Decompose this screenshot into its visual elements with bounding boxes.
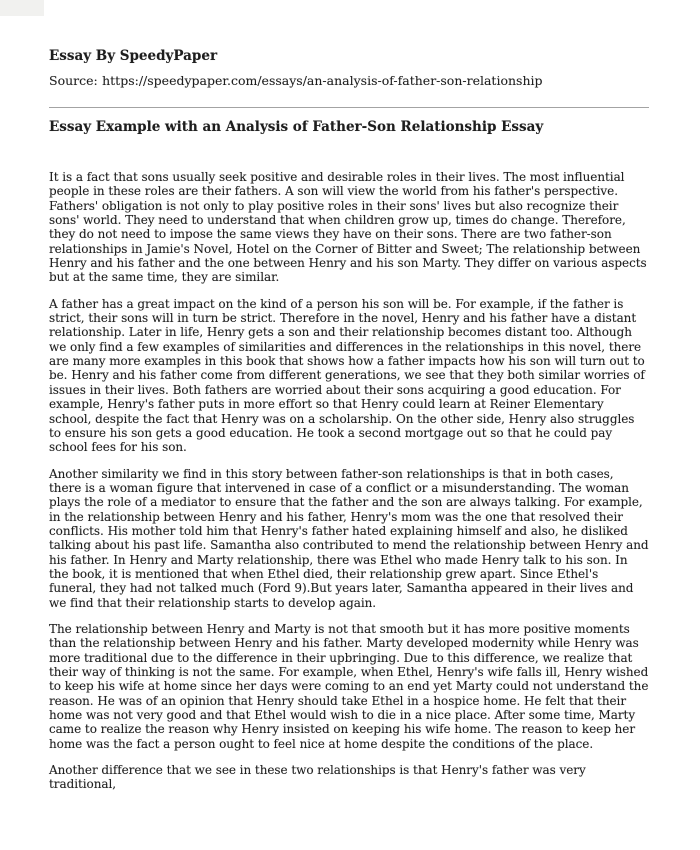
source-label: Source: <box>49 73 98 88</box>
document-page: Essay By SpeedyPaper Source:https://spee… <box>0 0 700 850</box>
source-url: https://speedypaper.com/essays/an-analys… <box>102 73 542 88</box>
document-byline: Essay By SpeedyPaper <box>49 48 649 65</box>
source-line: Source:https://speedypaper.com/essays/an… <box>49 73 649 89</box>
essay-body: It is a fact that sons usually seek posi… <box>49 170 649 792</box>
essay-paragraph-4: The relationship between Henry and Marty… <box>49 622 649 751</box>
essay-paragraph-3: Another similarity we find in this story… <box>49 467 649 610</box>
essay-paragraph-2: A father has a great impact on the kind … <box>49 297 649 455</box>
essay-paragraph-5: Another difference that we see in these … <box>49 763 649 792</box>
header-divider <box>49 107 649 108</box>
essay-paragraph-1: It is a fact that sons usually seek posi… <box>49 170 649 285</box>
essay-title: Essay Example with an Analysis of Father… <box>49 119 649 136</box>
